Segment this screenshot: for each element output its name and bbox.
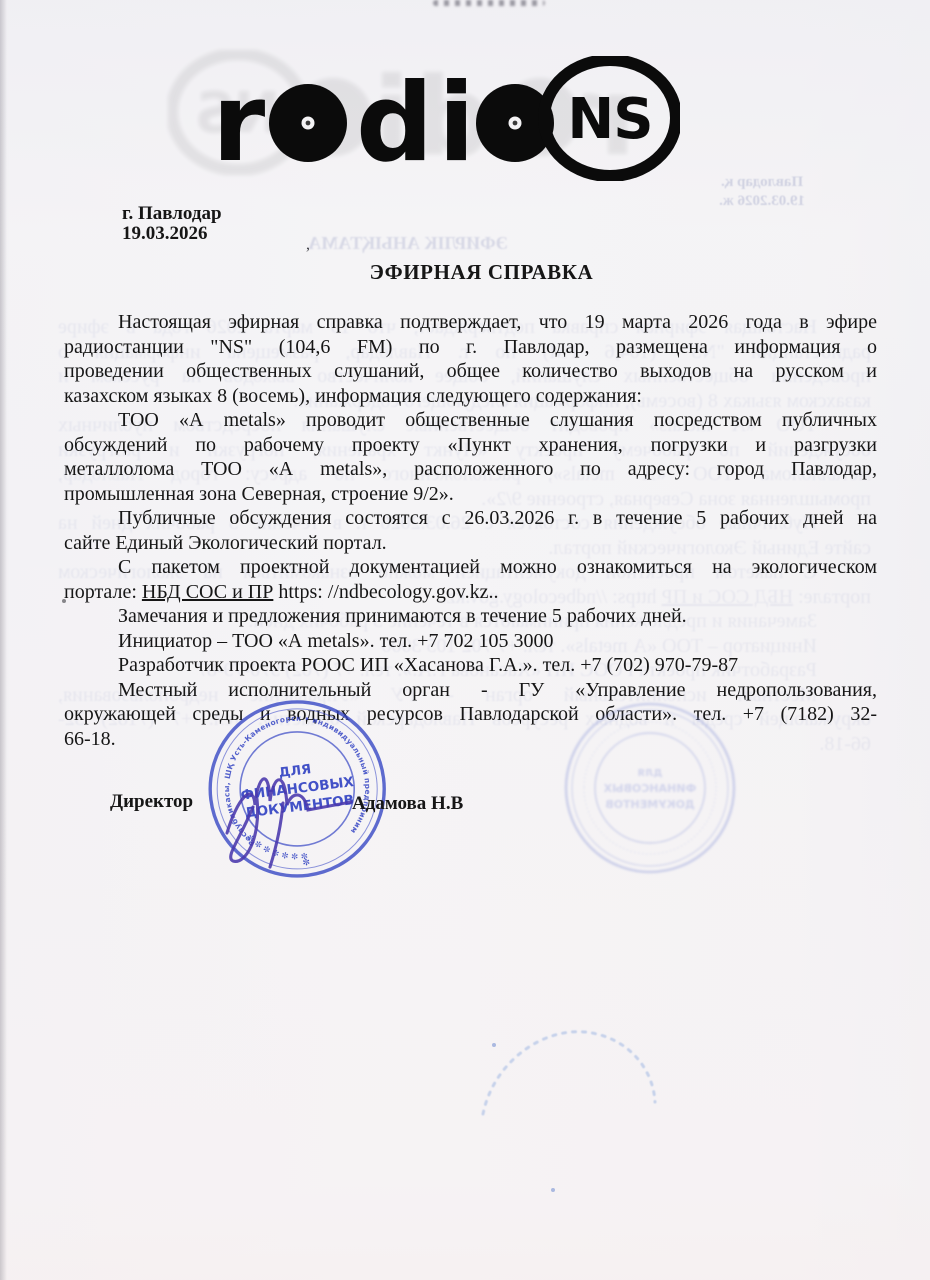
svg-text:ФИНАНСОВЫХ: ФИНАНСОВЫХ bbox=[603, 782, 696, 795]
scan-artifact-mark: , bbox=[306, 236, 310, 254]
text-line: обсуждений по рабочему проекту «Пункт хр… bbox=[64, 433, 877, 458]
bleedthrough-stamp: ДЛЯ ФИНАНСОВЫХ ДОКУМЕНТОВ bbox=[560, 700, 740, 880]
text-line: проведении общественных слушаний, общее … bbox=[64, 359, 877, 384]
text-line: радиостанции "NS" (104,6 FM) по г. Павло… bbox=[64, 335, 877, 360]
text-line: сайте Единый Экологический портал. bbox=[64, 531, 877, 556]
text-line: Публичные обсуждения состоятся с 26.03.2… bbox=[64, 506, 877, 531]
document-title: ЭФИРНАЯ СПРАВКА bbox=[64, 260, 899, 285]
text-line: металлолома ТОО «А metals», расположенно… bbox=[64, 457, 877, 482]
faint-stamp-arc bbox=[455, 1012, 685, 1152]
text-line: С пакетом проектной документацией можно … bbox=[64, 555, 877, 580]
underlined-text: НБД СОС и ПР bbox=[142, 581, 273, 603]
scan-edge-shadow bbox=[0, 0, 7, 1280]
text-line: Настоящая эфирная справка подтверждает, … bbox=[64, 310, 877, 335]
scan-speck bbox=[62, 599, 66, 603]
scan-top-smudge bbox=[433, 0, 545, 6]
signature-name: Адамова Н.В bbox=[352, 793, 463, 815]
scan-speck bbox=[492, 1043, 496, 1047]
scanned-document-page: r d i NS Настоящая эфирная справка подтв… bbox=[0, 0, 930, 1280]
logo-ns-text: NS bbox=[567, 87, 652, 152]
text-line: 66-18. bbox=[64, 727, 877, 752]
svg-text:ДЛЯ: ДЛЯ bbox=[638, 768, 663, 779]
logo-letter-r: r bbox=[212, 61, 265, 181]
text-line: казахском языках 8 (восемь), информация … bbox=[64, 384, 877, 409]
text-line: Местный исполнительный орган - ГУ «Управ… bbox=[64, 678, 877, 703]
logo-letter-i: i bbox=[438, 61, 475, 181]
logo-ns-circle-icon: NS bbox=[544, 60, 676, 176]
text-line: Разработчик проекта РООС ИП «Хасанова Г.… bbox=[64, 653, 877, 678]
handwritten-signature bbox=[213, 755, 413, 875]
text-line: Инициатор – ТОО «А metals». тел. +7 702 … bbox=[64, 629, 877, 654]
body-paragraphs: Настоящая эфирная справка подтверждает, … bbox=[64, 310, 877, 751]
text-line: Замечания и предложения принимаются в те… bbox=[64, 604, 877, 629]
text-line: окружающей среды и водных ресурсов Павло… bbox=[64, 702, 877, 727]
header-date: 19.03.2026 bbox=[122, 224, 222, 244]
svg-text:ДОКУМЕНТОВ: ДОКУМЕНТОВ bbox=[605, 798, 695, 811]
radio-ns-logo: r d i NS bbox=[210, 56, 680, 181]
text-line: промышленная зона Северная, строение 9/2… bbox=[64, 482, 877, 507]
text-line: портале: НБД СОС и ПР https: //ndbecolog… bbox=[64, 580, 877, 605]
text-line: ТОО «А metals» проводит общественные слу… bbox=[64, 408, 877, 433]
header-city: г. Павлодар bbox=[122, 204, 222, 224]
bleedthrough-city-date: Павлодар қ. 19.03.2026 ж. bbox=[697, 173, 827, 211]
logo-disc-a-icon bbox=[269, 84, 347, 162]
scan-speck bbox=[551, 1188, 555, 1192]
header-city-date: г. Павлодар 19.03.2026 bbox=[122, 204, 222, 244]
logo-letter-d: d bbox=[356, 61, 433, 181]
bleedthrough-title: ЭФИРЛІК АНЫҚТАМА bbox=[253, 233, 563, 254]
signature-role-label: Директор bbox=[110, 791, 193, 813]
